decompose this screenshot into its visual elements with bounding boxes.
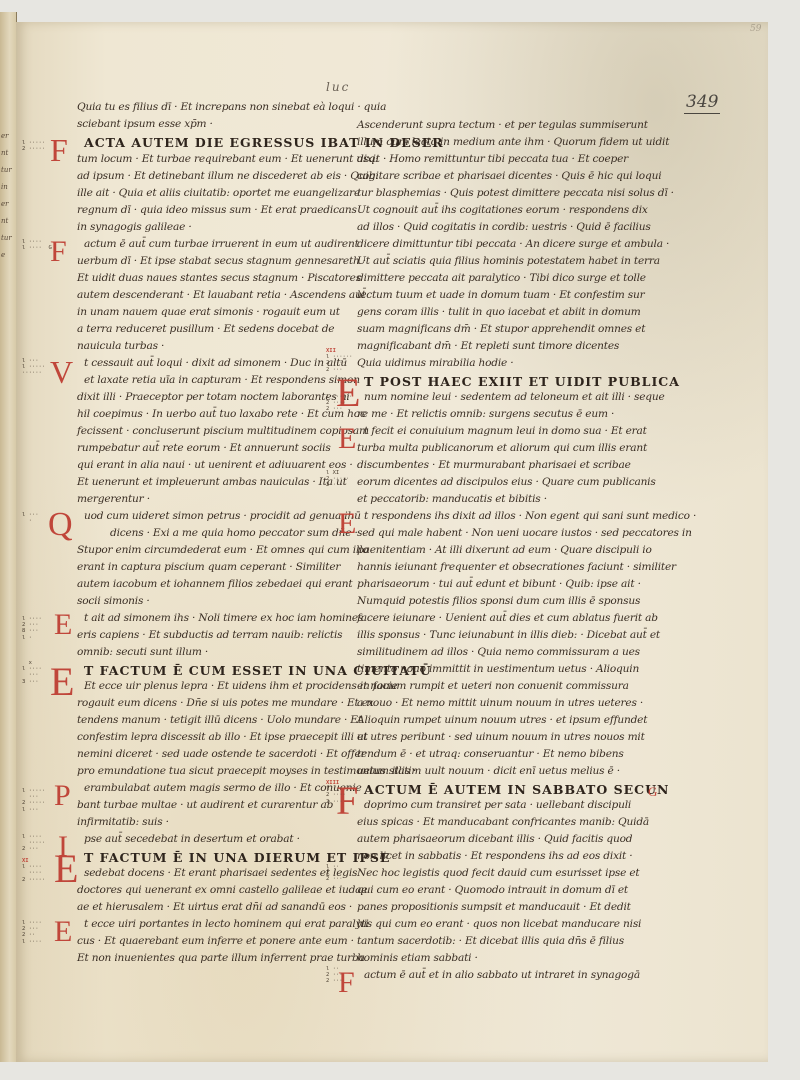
text-line: fecissent · concluserunt piscium multitu… [77, 425, 369, 437]
text-line: tur blasphemias · Quis potest dimittere … [357, 187, 674, 199]
text-line: regnum dī · quia ideo missus sum · Et er… [77, 204, 357, 216]
text-line: illis sponsus · Tunc ieiunabunt in illis… [357, 629, 660, 641]
canon-table-gloss: l XI2 ·····2 ···· [326, 470, 349, 489]
text-line: magnificabant dm̄ · Et repleti sunt timo… [357, 340, 619, 352]
marginal-letter: G [648, 784, 657, 800]
text-line: et nouum rumpit et ueteri non conuenit c… [357, 680, 629, 692]
text-line: his qui cum eo erant · quos non licebat … [357, 918, 641, 930]
canon-table-gloss: l ··· · [22, 512, 39, 524]
text-line: Ut aut̄ sciatis quia filius hominis pote… [357, 255, 660, 267]
text-line: sedebat docens · Et erant pharisaei sede… [84, 867, 357, 879]
text-line: eris capiens · Et subductis ad terram na… [77, 629, 342, 641]
text-line: rumpebatur aut̄ rete eorum · Et annuerun… [77, 442, 331, 454]
corner-stamp: 59 [750, 24, 761, 34]
canon-table-gloss: l ······2 ····2 ··· [326, 394, 353, 413]
rubricated-initial: F [50, 134, 68, 166]
text-line: num nomine leui · sedentem ad teloneum e… [364, 391, 665, 403]
canon-table-gloss: l ····l ···· G [22, 239, 52, 251]
text-line: paenitentiam · At illi dixerunt ad eum ·… [357, 544, 652, 556]
canon-table-gloss: XIIIl ···2 ····2 ··· [326, 780, 346, 805]
text-line: dixit illi · Praeceptor per totam noctem… [77, 391, 350, 403]
text-line: Numquid potestis filios sponsi dum cum i… [357, 595, 640, 607]
text-line: Quia uidimus mirabilia hodie · [357, 357, 513, 369]
rubricated-initial: F [50, 237, 67, 267]
text-line: mergerentur · [77, 493, 150, 505]
text-line: Ascenderunt supra tectum · et per tegula… [357, 119, 648, 131]
rubricated-initial: E [54, 849, 78, 889]
text-line: hannis ieiunant frequenter et obsecratio… [357, 561, 676, 573]
canon-table-gloss: XIl ···· ····2 ····· [22, 858, 45, 883]
text-line: qui erant in alia naui · ut uenirent et … [77, 459, 353, 471]
facing-page-text-fragment: e [1, 251, 5, 259]
canon-table-gloss: l ···l ··········· [22, 358, 45, 377]
canon-table-gloss: l ····2 ···2 ··l ···· [22, 920, 42, 945]
text-line: discumbentes · Et murmurabant pharisaei … [357, 459, 631, 471]
text-line: re me · Et relictis omnib: surgens secut… [357, 408, 614, 420]
text-line: T FACTUM Ē IN UNA DIERUM ET IPSE [84, 850, 390, 865]
canon-table-gloss: l ··2 ···2 ··· [326, 966, 343, 985]
text-line: nemini diceret · sed uade ostende te sac… [77, 748, 366, 760]
text-line: rogauit eum dicens · Dn̄e si uis potes m… [77, 697, 374, 709]
canon-table-gloss: xl ···· ···3 ··· [22, 660, 42, 685]
text-line: gens coram illis · tulit in quo iacebat … [357, 306, 641, 318]
text-line: Ut cognouit aut̄ ihs cogitationes eorum … [357, 204, 648, 216]
text-line: t cessauit aut̄ loqui · dixit ad simonem… [84, 357, 347, 369]
text-line: Et ecce uir plenus lepra · Et uidens ihm… [84, 680, 398, 692]
text-line: sciebant ipsum esse xp̄m · [77, 118, 213, 130]
text-line: doprimo cum transiret per sata · uelleba… [364, 799, 631, 811]
text-line: uetus statim uult nouum · dicit enī uetu… [357, 765, 620, 777]
text-line: pharisaeorum · tui aut̄ edunt et bibunt … [357, 578, 641, 590]
rubricated-initial: V [50, 356, 73, 388]
text-line: et laxate retia uīa in capturam · Et res… [84, 374, 360, 386]
rubricated-initial: E [54, 610, 72, 640]
rubricated-initial: E [338, 509, 356, 539]
running-head: luc [326, 80, 350, 94]
text-line: facere ieiunare · Uenient aut̄ dies et c… [357, 612, 658, 624]
text-line: non licet in sabbatis · Et respondens ih… [357, 850, 632, 862]
text-line: bant turbae multae · ut audirent et cura… [77, 799, 333, 811]
text-line: Et uenerunt et impleuerunt ambas nauicul… [77, 476, 347, 488]
text-line: sed qui male habent · Non ueni uocare iu… [357, 527, 692, 539]
rubricated-initial: E [50, 662, 74, 702]
text-line: socii simonis · [77, 595, 150, 607]
text-line: a nouo · Et nemo mittit uinum nouum in u… [357, 697, 643, 709]
text-line: tendens manum · tetigit illū dicens · Uo… [77, 714, 362, 726]
text-line: dimittere peccata ait paralytico · Tibi … [357, 272, 646, 284]
text-line: dicens · Exi a me quia homo peccator sum… [110, 527, 358, 539]
text-line: uod cum uideret simon petrus · procidit … [84, 510, 361, 522]
text-line: t respondens ihs dixit ad illos · Non eg… [364, 510, 696, 522]
text-line: illum cum lecto in medium ante ihm · Quo… [357, 136, 669, 148]
text-line: t fecit ei conuiuium magnum leui in domo… [364, 425, 647, 437]
text-line: et peccatorib: manducatis et bibitis · [357, 493, 547, 505]
facing-page-text-fragment: er [1, 200, 9, 208]
text-line: T POST HAEC EXIIT ET UIDIT PUBLICA [364, 374, 680, 389]
manuscript-page: luc 349 59 Quia tu es filius dī · Et inc… [16, 22, 768, 1062]
facing-page-text-fragment: tur [1, 166, 12, 174]
text-line: in synagogis galileae · [77, 221, 192, 233]
text-line: confestim lepra discessit ab illo · Et i… [77, 731, 368, 743]
text-line: erant in captura piscium quam ceperant ·… [77, 561, 340, 573]
text-line: eorum dicentes ad discipulos eius · Quar… [357, 476, 656, 488]
text-line: infirmitatib: suis · [77, 816, 169, 828]
text-line: uerbum dī · Et ipse stabat secus stagnum… [77, 255, 366, 267]
facing-page-text-fragment: er [1, 132, 9, 140]
text-line: suam magnificans dm̄ · Et stupor apprehe… [357, 323, 645, 335]
text-line: Quia tu es filius dī · Et increpans non … [77, 101, 386, 113]
text-line: omnib: secuti sunt illum · [77, 646, 208, 658]
rubricated-initial: E [338, 424, 356, 454]
facing-page-text-fragment: nt [1, 149, 8, 157]
text-line: erambulabat autem magis sermo de illo · … [84, 782, 362, 794]
text-line: Et non inuenientes qua parte illum infer… [77, 952, 365, 964]
text-line: cus · Et quaerebant eum inferre et poner… [77, 935, 354, 947]
text-line: actum ē aut̄ et in alio sabbato ut intra… [364, 969, 640, 981]
text-line: dixit · Homo remittuntur tibi peccata tu… [357, 153, 628, 165]
text-line: turba multa publicanorum et aliorum qui … [357, 442, 647, 454]
text-line: nauicula turbas · [77, 340, 164, 352]
facing-page-text-fragment: nt [1, 217, 8, 225]
text-line: Nec hoc legistis quod fecit dauid cum es… [357, 867, 639, 879]
text-line: hominis etiam sabbati · [357, 952, 478, 964]
text-line: autem descenderant · Et lauabant retia ·… [77, 289, 366, 301]
text-line: hil coepimus · In uerbo aut̄ tuo laxabo … [77, 408, 366, 420]
facing-page-text-fragment: tur [1, 234, 12, 242]
canon-table-gloss: l ···· ·····2 ··· [22, 834, 45, 853]
canon-table-gloss: l ····2 ···8 ···l · [22, 616, 42, 641]
text-line: Et uidit duas naues stantes secus stagnu… [77, 272, 361, 284]
text-line: doctores qui uenerant ex omni castello g… [77, 884, 367, 896]
text-line: similitudinem ad illos · Quia nemo commi… [357, 646, 640, 658]
text-line: dicere dimittuntur tibi peccata · An dic… [357, 238, 669, 250]
text-line: a terra reduceret pusillum · Et sedens d… [77, 323, 334, 335]
text-line: tendum ē · et utraq: conseruantur · Et n… [357, 748, 624, 760]
text-line: eius spicas · Et manducabant confricante… [357, 816, 649, 828]
rubricated-initial: Q [48, 508, 73, 542]
text-line: autem iacobum et iohannem filios zebedae… [77, 578, 352, 590]
text-line: t ait ad simonem ihs · Noli timere ex ho… [84, 612, 363, 624]
canon-table-gloss: l ·····2 ····· [22, 140, 45, 152]
folio-number: 349 [684, 92, 720, 114]
canon-table-gloss: XIIl ······2 ····2 ··· [326, 348, 353, 373]
canon-table-gloss: l ··2 ···2 ··· [326, 864, 343, 883]
text-line: ACTUM Ē AUTEM IN SABBATO SECUN [364, 782, 669, 797]
text-line: pse aut̄ secedebat in desertum et orabat… [84, 833, 300, 845]
text-line: timento nouo immittit in uestimentum uet… [357, 663, 639, 675]
text-line: t ecce uiri portantes in lecto hominem q… [84, 918, 369, 930]
text-line: Stupor enim circumdederat eum · Et omnes… [77, 544, 369, 556]
text-line: ad ipsum · Et detinebant illum ne disced… [77, 170, 379, 182]
text-line: cogitare scribae et pharisaei dicentes ·… [357, 170, 661, 182]
rubricated-initial: E [54, 917, 72, 947]
text-line: et utres peribunt · sed uinum nouum in u… [357, 731, 645, 743]
text-line: lectum tuum et uade in domum tuam · Et c… [357, 289, 645, 301]
text-line: in unam nauem quae erat simonis · rogaui… [77, 306, 340, 318]
canon-table-gloss: l ····· ···2 ·····l ··· [22, 788, 45, 813]
text-line: autem pharisaeorum dicebant illis · Quid… [357, 833, 632, 845]
rubricated-initial: P [54, 781, 71, 811]
text-line: tum locum · Et turbae requirebant eum · … [77, 153, 378, 165]
text-line: tantum sacerdotib: · Et dicebat illis qu… [357, 935, 624, 947]
facing-page-text-fragment: in [1, 183, 8, 191]
text-line: panes propositionis sumpsit et manducaui… [357, 901, 631, 913]
text-line: qui cum eo erant · Quomodo intrauit in d… [357, 884, 628, 896]
text-line: ae et hierusalem · Et uirtus erat dn̄i a… [77, 901, 352, 913]
text-line: Alioquin rumpet uinum nouum utres · et i… [357, 714, 647, 726]
text-line: ad illos · Quid cogitatis in cordib: ues… [357, 221, 651, 233]
text-line: actum ē aut̄ cum turbae irruerent in eum… [84, 238, 359, 250]
facing-leaf-edge: erntturinerntture [0, 12, 17, 1062]
text-line: ille ait · Quia et aliis ciuitatib: opor… [77, 187, 360, 199]
